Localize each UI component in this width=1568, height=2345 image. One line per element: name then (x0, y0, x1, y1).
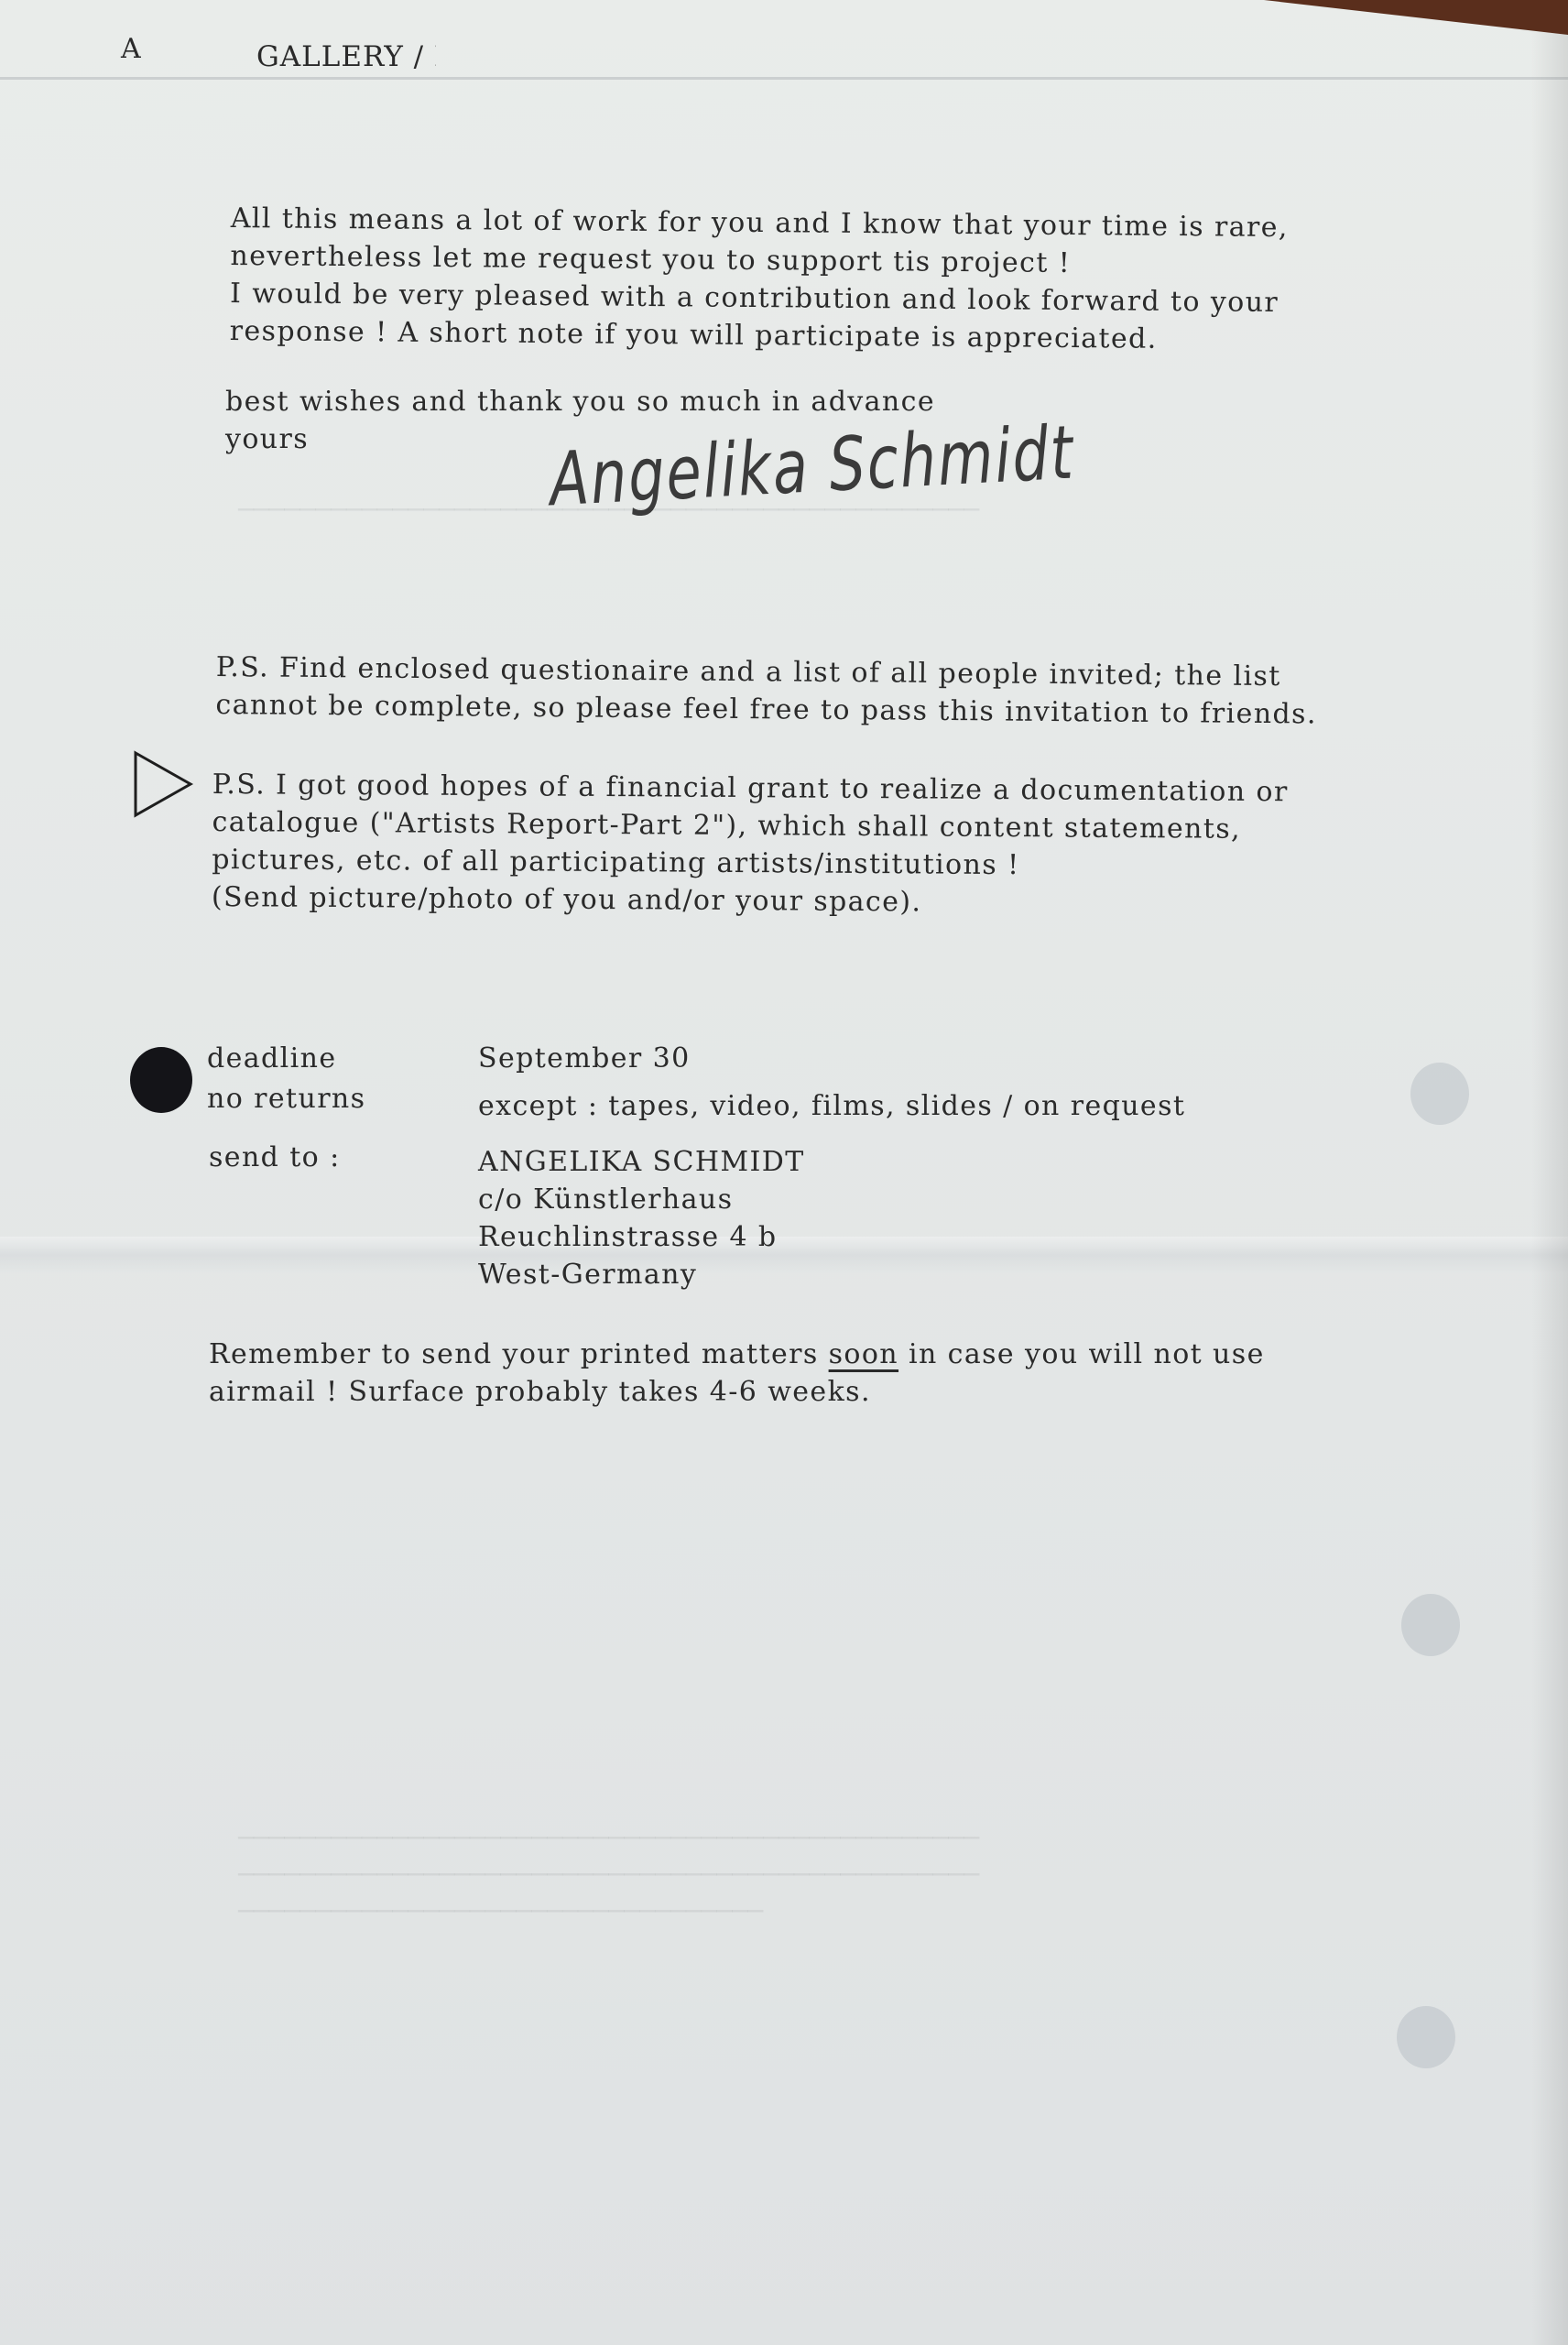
reminder-line: airmail ! Surface probably takes 4-6 wee… (209, 1373, 1265, 1411)
postscript-1: P.S. Find enclosed questionaire and a li… (215, 649, 1317, 733)
reminder-line: Remember to send your printed matters so… (209, 1336, 1265, 1373)
reminder-text: Remember to send your printed matters (209, 1338, 829, 1370)
bleed-through-dot (1397, 2006, 1455, 2068)
header-title-text: GALLERY / EXHIBITION (256, 40, 630, 73)
paragraph-line: response ! A short note if you will part… (230, 312, 1288, 359)
returns-value: except : tapes, video, films, slides / o… (478, 1090, 1185, 1122)
page-header-title: GALLERY / EXHIBITION (256, 40, 630, 73)
postscript-line: (Send picture/photo of you and/or your s… (212, 878, 1288, 923)
letter-page: ────────────────────────────────────────… (0, 0, 1568, 2345)
bleed-through-text: ────────────────────────────────────────… (238, 1860, 979, 1890)
address-line: West-Germany (478, 1256, 805, 1293)
send-to-label: send to : (209, 1141, 341, 1173)
returns-label: no returns (207, 1083, 365, 1115)
address-line: ANGELIKA SCHMIDT (478, 1143, 805, 1181)
bleed-through-dot (1401, 1594, 1460, 1656)
bleed-through-text: ────────────────────────────────────────… (238, 1823, 979, 1853)
reminder-text: in case you will not use (898, 1338, 1265, 1370)
page-edge-shadow (1531, 0, 1568, 2345)
reminder-paragraph: Remember to send your printed matters so… (209, 1336, 1265, 1411)
bleed-through-dot (1410, 1063, 1469, 1125)
opening-paragraph: All this means a lot of work for you and… (230, 200, 1289, 359)
address-line: c/o Künstlerhaus (478, 1181, 805, 1218)
bleed-through-text: ────────────────────────────────── (238, 1896, 763, 1926)
emphasized-word: soon (829, 1338, 898, 1370)
address-line: Reuchlinstrasse 4 b (478, 1218, 805, 1256)
fold-line (0, 77, 1568, 80)
section-letter: A (121, 33, 142, 65)
mailing-address: ANGELIKA SCHMIDT c/o Künstlerhaus Reuchl… (478, 1143, 805, 1293)
deadline-value: September 30 (478, 1042, 691, 1074)
filled-circle-icon (130, 1047, 192, 1113)
triangle-outline-icon (132, 749, 196, 819)
postscript-2: P.S. I got good hopes of a financial gra… (212, 766, 1289, 923)
closing-line: best wishes and thank you so much in adv… (225, 383, 935, 420)
deadline-label: deadline (207, 1042, 337, 1074)
